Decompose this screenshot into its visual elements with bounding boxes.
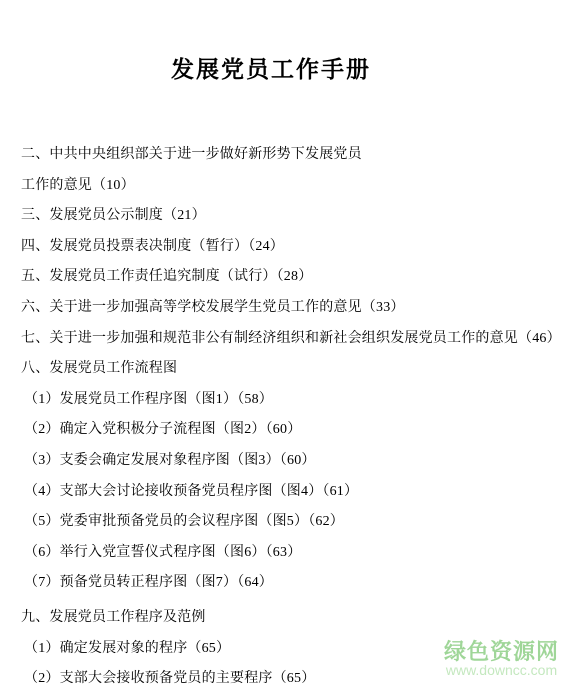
toc-line: 八、发展党员工作流程图 [0,354,579,385]
toc-line: （5）党委审批预备党员的会议程序图（图5）（62） [0,507,579,538]
toc-line-text: （3）支委会确定发展对象程序图（图3）（60） [24,453,316,468]
toc-line-text: 三、发展党员公示制度（21） [21,208,206,223]
toc-line-text: （7）预备党员转正程序图（图7）（64） [24,575,273,590]
toc-line-text: 八、发展党员工作流程图 [21,361,177,376]
toc-line-text: （4）支部大会讨论接收预备党员程序图（图4）（61） [24,484,358,499]
toc-line-text: （6）举行入党宣誓仪式程序图（图6）（63） [24,545,301,560]
toc-line: （2）确定入党积极分子流程图（图2）（60） [0,415,579,446]
toc-line-text: 工作的意见（10） [21,178,135,193]
toc-line: 九、发展党员工作程序及范例 [0,603,579,634]
table-of-contents: 二、中共中央组织部关于进一步做好新形势下发展党员 工作的意见（10） 三、发展党… [0,140,579,691]
toc-line-text: 五、发展党员工作责任追究制度（试行）（28） [21,269,312,284]
toc-line: 五、发展党员工作责任追究制度（试行）（28） [0,262,579,293]
watermark-site-name: 绿色资源网 [444,640,559,663]
toc-line-text: （1）发展党员工作程序图（图1）（58） [24,392,273,407]
toc-line-text: （1）确定发展对象的程序（65） [24,641,230,656]
toc-line: （3）支委会确定发展对象程序图（图3）（60） [0,446,579,477]
toc-line: 六、关于进一步加强高等学校发展学生党员工作的意见（33） [0,293,579,324]
toc-line: 三、发展党员公示制度（21） [0,201,579,232]
watermark: 绿色资源网 www.downcc.com [444,640,559,678]
toc-line-text: （5）党委审批预备党员的会议程序图（图5）（62） [24,514,344,529]
toc-line: （7）预备党员转正程序图（图7）（64） [0,568,579,599]
toc-line: 工作的意见（10） [0,171,579,202]
toc-line-text: 四、发展党员投票表决制度（暂行）（24） [21,239,284,254]
toc-line-text: 九、发展党员工作程序及范例 [21,610,206,625]
toc-line: 二、中共中央组织部关于进一步做好新形势下发展党员 [0,140,579,171]
toc-line: （6）举行入党宣誓仪式程序图（图6）（63） [0,538,579,569]
toc-line: 四、发展党员投票表决制度（暂行）（24） [0,232,579,263]
toc-line-text: （2）支部大会接收预备党员的主要程序（65） [24,671,315,686]
toc-line-text: 六、关于进一步加强高等学校发展学生党员工作的意见（33） [21,300,405,315]
document-page: 发展党员工作手册 二、中共中央组织部关于进一步做好新形势下发展党员 工作的意见（… [0,0,579,691]
toc-line: （1）发展党员工作程序图（图1）（58） [0,385,579,416]
toc-line: （4）支部大会讨论接收预备党员程序图（图4）（61） [0,477,579,508]
watermark-site-url: www.downcc.com [444,663,559,678]
toc-line: 七、关于进一步加强和规范非公有制经济组织和新社会组织发展党员工作的意见（46） [0,324,579,355]
toc-line-text: 二、中共中央组织部关于进一步做好新形势下发展党员 [21,147,362,162]
toc-line-text: （2）确定入党积极分子流程图（图2）（60） [24,422,301,437]
toc-line-text: 七、关于进一步加强和规范非公有制经济组织和新社会组织发展党员工作的意见（46） [21,331,561,346]
page-title: 发展党员工作手册 [0,51,579,84]
